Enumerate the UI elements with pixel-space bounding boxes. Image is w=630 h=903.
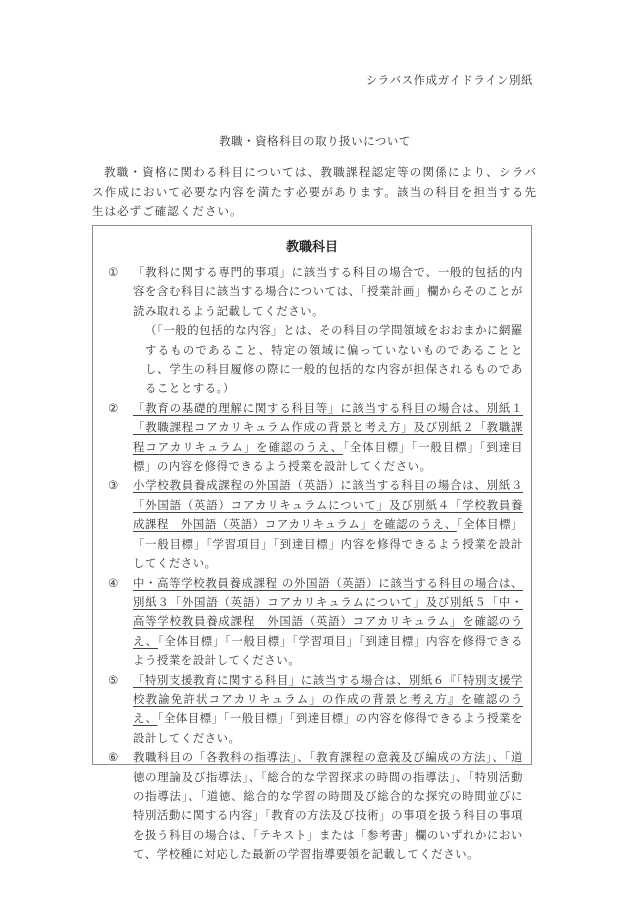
document-label: シラバス作成ガイドライン別紙 — [366, 72, 533, 88]
list-item-4: ④ 中・高等学校教員養成課程 の外国語（英語）に該当する科目の場合は、別紙３「外… — [93, 574, 531, 671]
item-text: 「教科に関する専門的事項」に該当する科目の場合で、一般的包括的内容を含む科目に該… — [133, 265, 523, 318]
item-number: ③ — [108, 476, 119, 495]
item-number: ④ — [108, 574, 119, 593]
item-list: ① 「教科に関する専門的事項」に該当する科目の場合で、一般的包括的内容を含む科目… — [93, 263, 531, 865]
item-text: 「全体目標」「一般目標」「到達目標」の内容を修得できるよう授業を設計してください… — [133, 711, 523, 744]
item-number: ⑤ — [108, 671, 119, 690]
page-title: 教職・資格科目の取り扱いについて — [0, 133, 630, 149]
teaching-subjects-box: 教職科目 ① 「教科に関する専門的事項」に該当する科目の場合で、一般的包括的内容… — [92, 225, 532, 765]
item-note: （「一般的包括的な内容」とは、その科目の学問領域をおおまかに網羅するものであるこ… — [133, 321, 523, 399]
item-text: 「全体目標」「一般目標」「学習項目」「到達目標」内容を修得できるよう授業を設計し… — [133, 634, 523, 667]
item-number: ① — [108, 263, 119, 282]
item-number: ⑥ — [108, 748, 119, 767]
intro-paragraph: 教職・資格に関わる科目については、教職課程認定等の関係により、シラバス作成におい… — [92, 163, 537, 222]
list-item-3: ③ 小学校教員養成課程の外国語（英語）に該当する科目の場合は、別紙３「外国語（英… — [93, 476, 531, 573]
box-title: 教職科目 — [93, 236, 531, 255]
list-item-2: ② 「教育の基礎的理解に関する科目等」に該当する科目の場合は、別紙１「教職課程コ… — [93, 399, 531, 477]
item-number: ② — [108, 399, 119, 418]
list-item-5: ⑤ 「特別支援教育に関する科目」に該当する場合は、別紙６『「特別支援学校教諭免許… — [93, 671, 531, 749]
item-text: 教職科目の「各教科の指導法」、「教育課程の意義及び編成の方法」、「道徳の理論及び… — [133, 750, 523, 861]
list-item-1: ① 「教科に関する専門的事項」に該当する科目の場合で、一般的包括的内容を含む科目… — [93, 263, 531, 399]
list-item-6: ⑥ 教職科目の「各教科の指導法」、「教育課程の意義及び編成の方法」、「道徳の理論… — [93, 748, 531, 864]
